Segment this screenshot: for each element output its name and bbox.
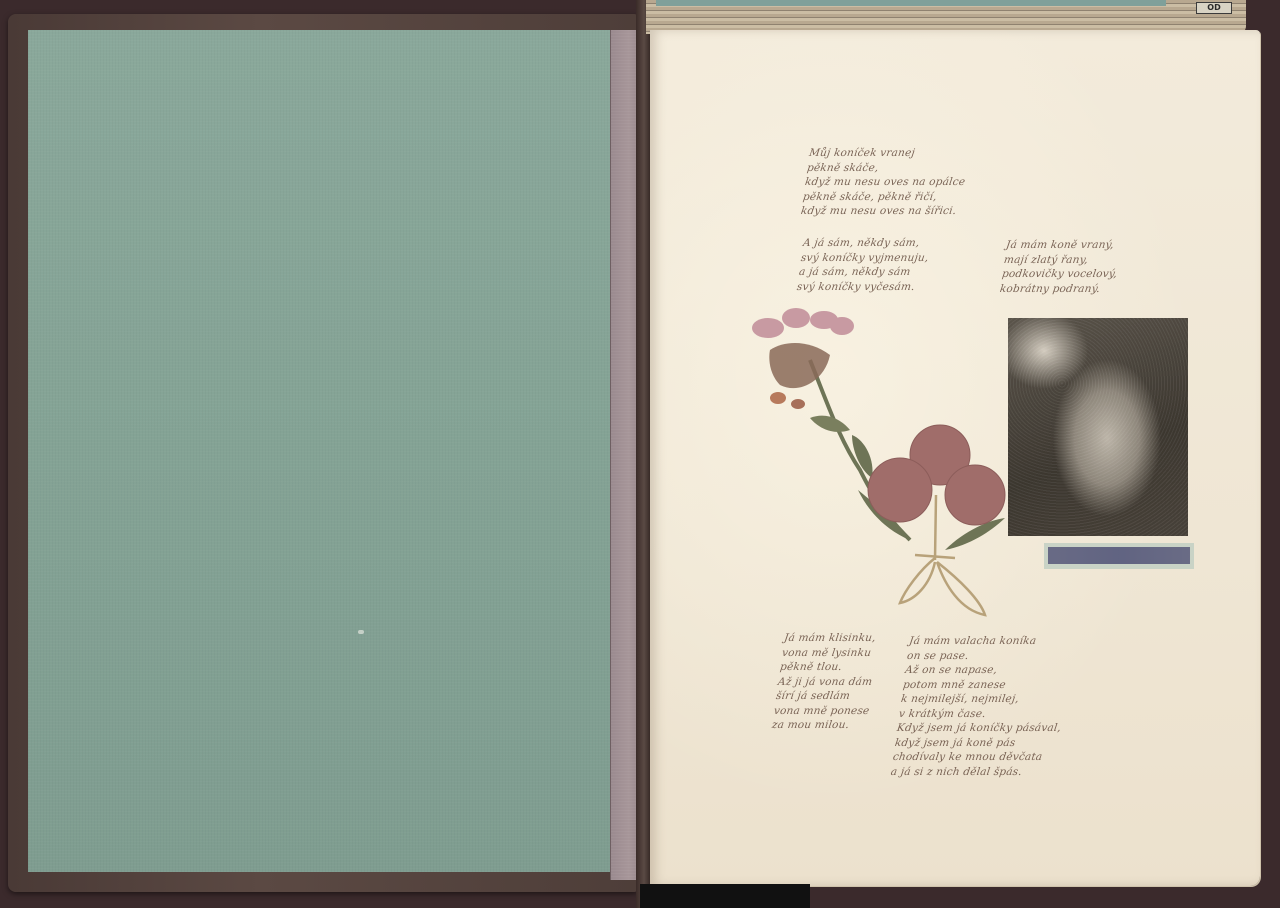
poem-line: svý koníčky vyjmenuju, <box>800 251 930 266</box>
poem-line: když jsem já koně pás <box>894 736 1060 751</box>
poem-line: pěkně tlou. <box>779 660 877 675</box>
open-album: OD Můj koníček vranej pěkně skáče, když … <box>0 0 1280 908</box>
poem-line: mají zlatý řany, <box>1003 253 1120 268</box>
poem-line: Až ji já vona dám <box>777 675 875 690</box>
portrait-photo <box>1008 318 1188 536</box>
edge-label: OD <box>1196 2 1232 14</box>
poem-line: A já sám, někdy sám, <box>802 236 932 251</box>
poem-line: podkovičky vocelový, <box>1001 267 1118 282</box>
poem-line: Já mám koně vraný, <box>1005 238 1122 253</box>
bottom-shadow <box>640 884 810 908</box>
poem-line: Já mám valacha koníka <box>908 634 1074 649</box>
poem-line: za mou milou. <box>771 718 869 733</box>
poem-line: vona mě lysinku <box>781 646 879 661</box>
poem-middle-right: Já mám koně vraný, mají zlatý řany, podk… <box>999 238 1122 296</box>
poem-middle-left: A já sám, někdy sám, svý koníčky vyjmenu… <box>796 236 932 294</box>
poem-line: on se pase. <box>906 649 1072 664</box>
page-edge-strip <box>656 0 1166 6</box>
poem-line: v krátkým čase. <box>898 707 1064 722</box>
photo-caption-strip <box>1044 543 1194 569</box>
pressed-flower-icon <box>740 300 1020 630</box>
cloth-spot <box>358 630 364 634</box>
poem-line: k nejmilejší, nejmilej, <box>900 692 1066 707</box>
poem-line: Když jsem já koníčky pásával, <box>896 721 1062 736</box>
poem-line: potom mně zanese <box>902 678 1068 693</box>
poem-top: Můj koníček vranej pěkně skáče, když mu … <box>800 146 970 219</box>
poem-line: a já si z nich dělal špás. <box>890 765 1056 780</box>
poem-line: Až on se napase, <box>904 663 1070 678</box>
left-cover-cloth <box>28 30 610 872</box>
poem-line: Já mám klisinku, <box>783 631 881 646</box>
poem-line: a já sám, někdy sám <box>798 265 928 280</box>
poem-bottom-right: Já mám valacha koníka on se pase. Až on … <box>890 634 1074 779</box>
page-edges: OD <box>646 0 1246 34</box>
poem-line: chodívaly ke mnou děvčata <box>892 750 1058 765</box>
poem-line: pěkně skáče, <box>806 161 968 176</box>
poem-line: kobrátny podraný. <box>999 282 1116 297</box>
caption-redaction <box>1048 547 1190 564</box>
poem-line: když mu nesu oves na opálce <box>804 175 966 190</box>
poem-bottom-left: Já mám klisinku, vona mě lysinku pěkně t… <box>771 631 881 733</box>
poem-line: když mu nesu oves na šířici. <box>800 204 962 219</box>
poem-line: svý koníčky vyčesám. <box>796 280 926 295</box>
poem-line: pěkně skáče, pěkně řičí, <box>802 190 964 205</box>
poem-line: šírí já sedlám <box>775 689 873 704</box>
poem-line: Můj koníček vranej <box>808 146 970 161</box>
poem-line: vona mně ponese <box>773 704 871 719</box>
